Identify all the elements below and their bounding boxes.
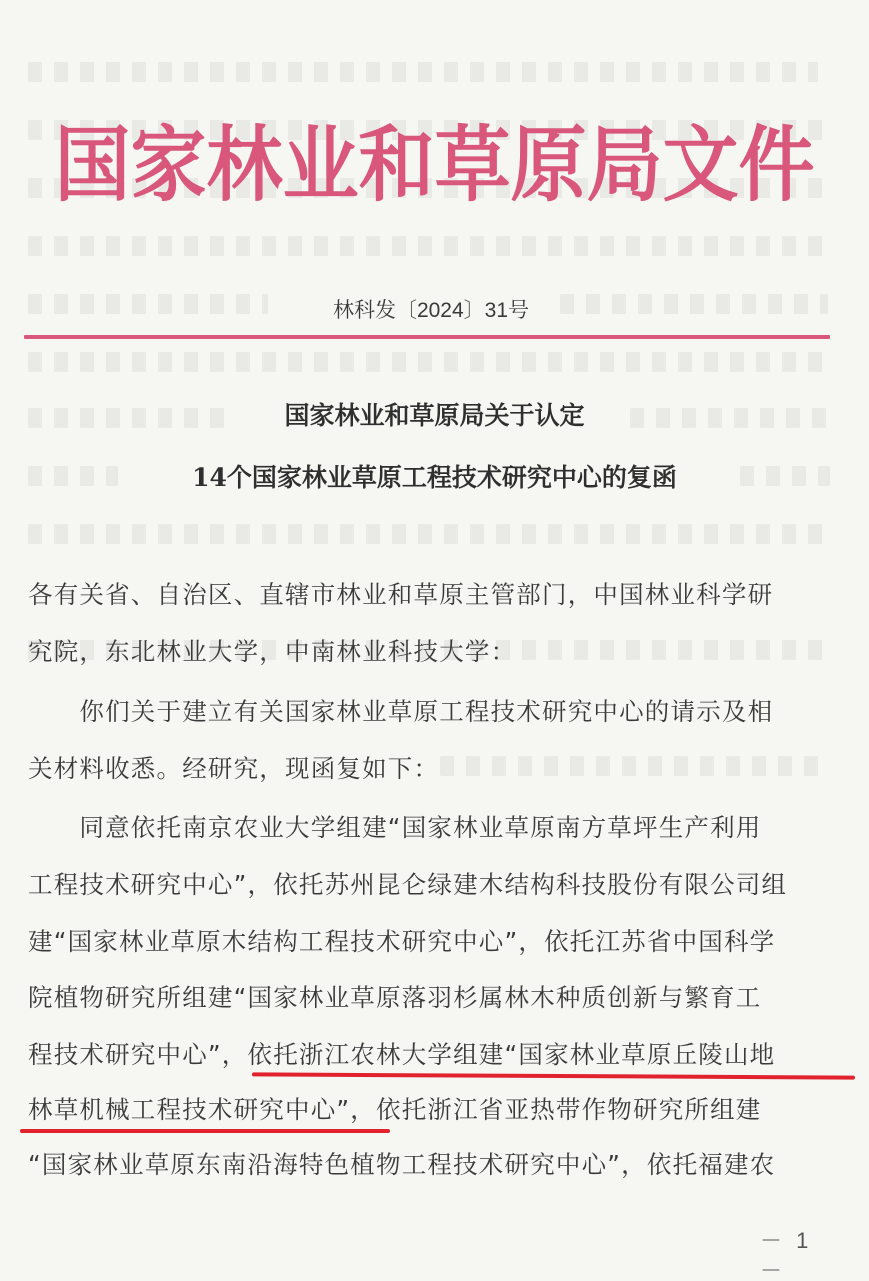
document-page: 国家林业和草原局文件 林科发〔2024〕31号 国家林业和草原局关于认定 14个… — [0, 0, 869, 1281]
body-line: 工程技术研究中心”，依托苏州昆仑绿建木结构科技股份有限公司组 — [28, 867, 834, 903]
bleed-through-noise — [0, 236, 869, 258]
document-title-line-2: 14个国家林业草原工程技术研究中心的复函 — [0, 458, 869, 498]
body-line: 关材料收悉。经研究，现函复如下： — [28, 751, 834, 787]
highlight-underline-1 — [252, 1072, 855, 1079]
page-number: － 1 － — [760, 1226, 840, 1281]
highlight-underline-2 — [20, 1129, 390, 1133]
body-line: 究院，东北林业大学，中南林业科技大学： — [28, 634, 834, 670]
body-line: 程技术研究中心”，依托浙江农林大学组建“国家林业草原丘陵山地 — [28, 1037, 834, 1073]
body-line: “国家林业草原东南沿海特色植物工程技术研究中心”，依托福建农 — [28, 1147, 834, 1183]
body-line: 你们关于建立有关国家林业草原工程技术研究中心的请示及相 — [28, 694, 834, 730]
document-number: 林科发〔2024〕31号 — [0, 296, 862, 326]
body-line: 同意依托南京农业大学组建“国家林业草原南方草坪生产利用 — [28, 810, 834, 846]
bleed-through-noise — [0, 62, 869, 84]
body-line: 建“国家林业草原木结构工程技术研究中心”，依托江苏省中国科学 — [28, 924, 834, 960]
bleed-through-noise — [0, 524, 869, 546]
header-red-rule — [24, 335, 830, 339]
document-title-line-1: 国家林业和草原局关于认定 — [0, 396, 869, 436]
body-line: 院植物研究所组建“国家林业草原落羽杉属林木种质创新与繁育工 — [28, 980, 834, 1016]
body-line: 各有关省、自治区、直辖市林业和草原主管部门，中国林业科学研 — [28, 577, 834, 613]
issuer-header: 国家林业和草原局文件 — [0, 100, 869, 230]
body-line: 林草机械工程技术研究中心”，依托浙江省亚热带作物研究所组建 — [28, 1092, 834, 1128]
bleed-through-noise — [0, 352, 869, 374]
